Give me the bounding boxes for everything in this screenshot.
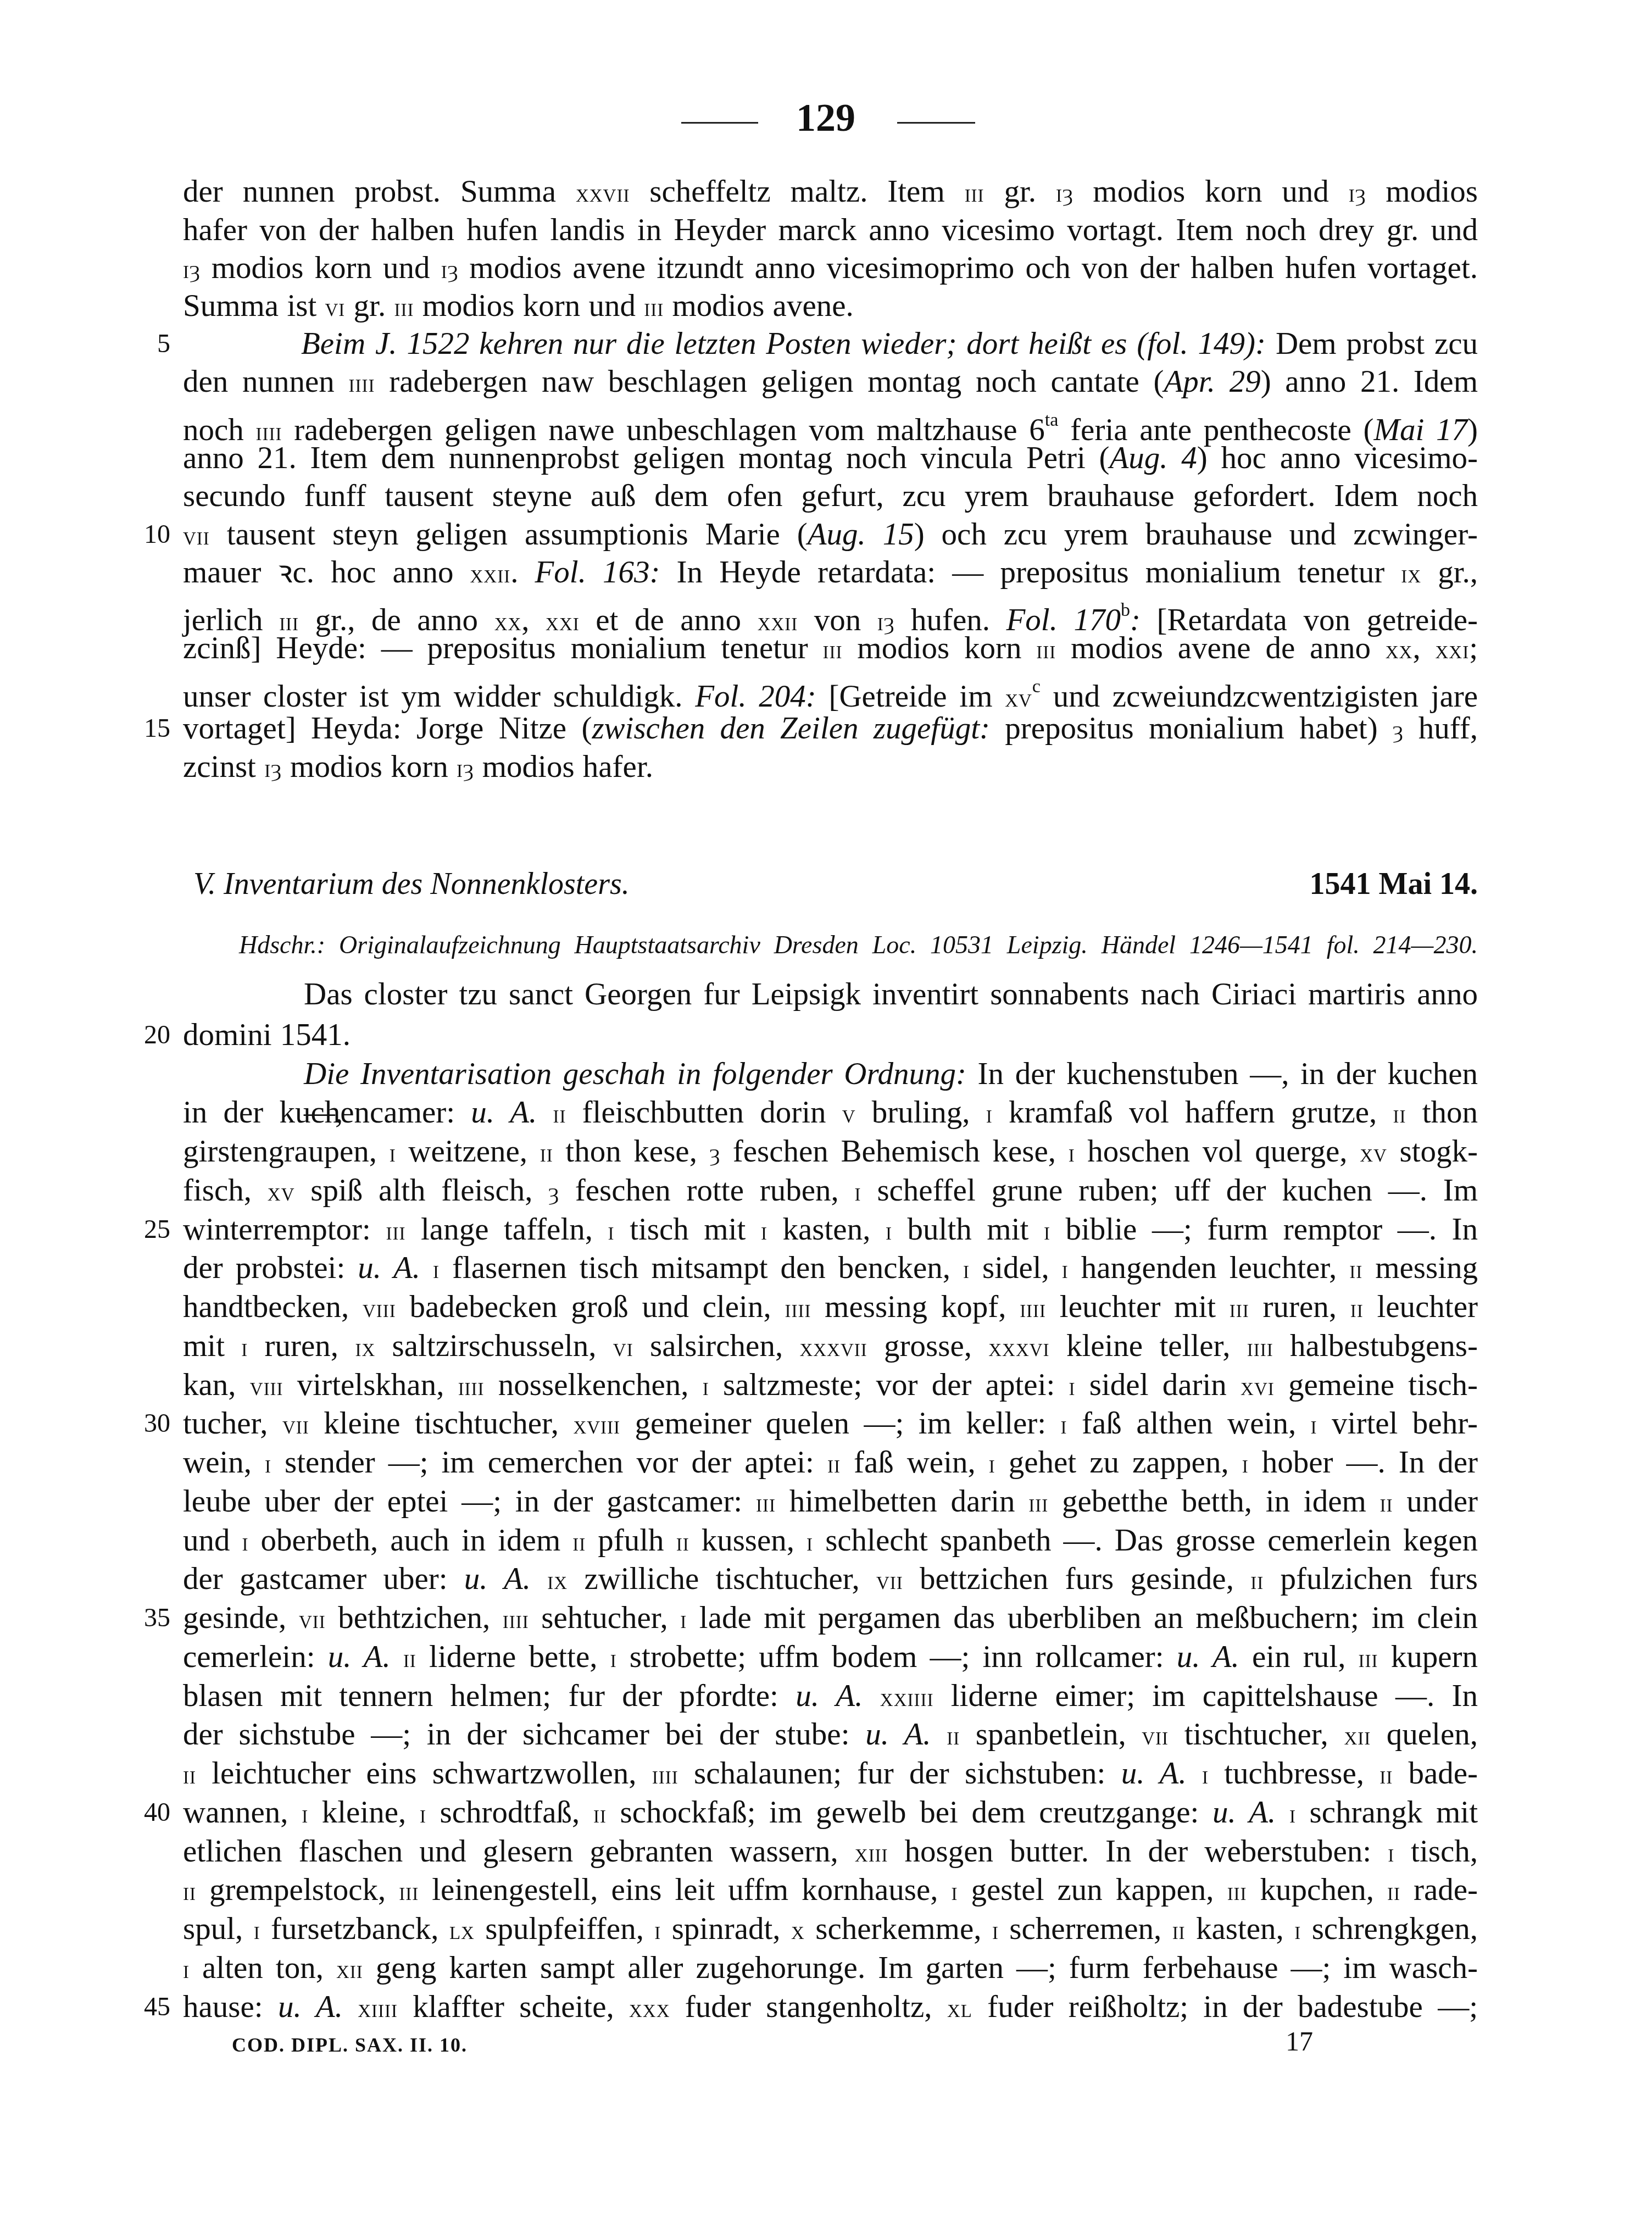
text-run: gestel zun kappen, — [958, 1872, 1227, 1907]
text-run: messing — [1362, 1251, 1478, 1285]
manuscript-source-note: Hdschr.: Originalaufzeichnung Hauptstaat… — [239, 929, 1478, 962]
roman-numeral: i — [963, 1255, 970, 1284]
roman-numeral: ii — [1250, 1566, 1264, 1595]
text-line: Beim J. 1522 kehren nur die letzten Post… — [301, 325, 1478, 363]
text-line: ii grempelstock, iii leinengestell, eins… — [183, 1871, 1478, 1909]
roman-numeral: i — [952, 1877, 958, 1906]
roman-numeral: xii — [1344, 1722, 1371, 1750]
text-run: hafer von der halben hufen landis in Hey… — [183, 213, 1478, 247]
text-line: ii leichtucher eins schwartzwollen, iiii… — [183, 1754, 1478, 1793]
text-run: sidel darin — [1076, 1368, 1241, 1402]
roman-numeral: i — [1242, 1450, 1249, 1479]
roman-numeral: iii — [394, 293, 414, 322]
text-run: halbestubgens- — [1273, 1329, 1478, 1363]
text-run: bethtzichen, — [326, 1601, 503, 1635]
roman-numeral: i — [1062, 1255, 1069, 1284]
roman-numeral: i — [1202, 1761, 1209, 1790]
roman-numeral: i — [1294, 1916, 1301, 1945]
footer-sheet-number: 17 — [1286, 2027, 1313, 2055]
text-run: blasen mit tennern helmen; fur der pford… — [183, 1679, 796, 1713]
text-run: virtelskhan, — [283, 1368, 458, 1402]
roman-numeral: ii — [1380, 1489, 1393, 1518]
roman-numeral: i — [986, 1100, 993, 1129]
text-run: kupern — [1378, 1640, 1478, 1674]
roman-numeral: vii — [876, 1566, 903, 1595]
text-run: schlecht spanbeth —. Das grosse cemerlei… — [813, 1523, 1478, 1558]
text-run: zwilliche tischtucher, — [568, 1561, 876, 1596]
roman-numeral: iii — [644, 293, 664, 322]
text-line: zcinst iȝ modios korn iȝ modios hafer. — [183, 748, 1478, 786]
italic-text: Fol. 163: — [535, 555, 660, 590]
roman-numeral: xxi — [1436, 636, 1470, 664]
text-run: oberbeth, auch in idem — [249, 1523, 573, 1558]
italic-text: u. A. — [358, 1251, 420, 1285]
roman-numeral: viii — [363, 1294, 396, 1323]
footer-signature: COD. DIPL. SAX. II. 10. — [232, 2033, 468, 2057]
roman-numeral: ii — [947, 1722, 960, 1750]
text-run: prepositus monialium habet) — [990, 711, 1393, 746]
superscript: b — [1121, 600, 1130, 620]
roman-numeral: xxxvii — [799, 1333, 867, 1362]
text-run: etlichen flaschen und glesern gebranten … — [183, 1834, 855, 1869]
text-run: alten ton, — [190, 1950, 336, 1985]
roman-numeral: xxiiii — [880, 1683, 934, 1712]
text-line: hause: u. A. xiiii klaffter scheite, xxx… — [183, 1988, 1478, 2026]
text-run: feschen Behemisch kese, — [720, 1134, 1068, 1169]
superscript: c — [1032, 676, 1041, 697]
roman-numeral: i — [420, 1800, 426, 1829]
text-run: modios avene. — [664, 288, 854, 323]
text-run — [391, 1640, 403, 1674]
roman-numeral: iiii — [503, 1605, 529, 1634]
text-run: thon kese, — [553, 1134, 710, 1169]
text-run: girstengraupen, — [183, 1134, 390, 1169]
line-number: 10 — [110, 515, 170, 554]
text-run: geng karten sampt aller zugehorunge. Im … — [363, 1950, 1478, 1985]
text-line: secundo funff tausent steyne auß dem ofe… — [183, 477, 1478, 515]
text-run: schockfaß; im gewelb bei dem creutzgange… — [607, 1795, 1212, 1830]
roman-numeral: iii — [399, 1877, 419, 1906]
roman-numeral: xvi — [1241, 1372, 1275, 1401]
text-line: mauer ꝛc. hoc anno xxii. Fol. 163: In He… — [183, 553, 1478, 592]
text-run — [1187, 1756, 1202, 1791]
roman-numeral: i — [183, 1955, 190, 1984]
roman-numeral: vii — [299, 1605, 326, 1634]
text-run: schrengkgen, — [1301, 1911, 1478, 1946]
italic-text: Aug. 4 — [1110, 441, 1197, 475]
text-run: spul, — [183, 1911, 254, 1946]
roman-numeral: viii — [250, 1372, 283, 1401]
italic-text: u. A. — [865, 1717, 931, 1752]
text-run: tisch, — [1394, 1834, 1478, 1869]
text-run: domini 1541. — [183, 1018, 351, 1052]
text-run: flasernen tisch mitsampt den bencken, — [440, 1251, 963, 1285]
text-run: winterremptor: — [183, 1212, 386, 1247]
text-run: stogk- — [1387, 1134, 1478, 1169]
roman-numeral: iȝ — [1349, 179, 1366, 208]
superscript: ta — [1045, 410, 1059, 430]
text-run: unser closter ist ym widder schuldigk. — [183, 679, 695, 714]
text-run: fuder reißholtz; in der badestube —; — [972, 1990, 1478, 2024]
roman-numeral: iiii — [1020, 1294, 1046, 1323]
text-run: leuchter mit — [1046, 1290, 1230, 1324]
roman-numeral: ii — [1350, 1294, 1364, 1323]
text-run — [343, 1990, 358, 2024]
roman-numeral: i — [855, 1178, 861, 1207]
text-run: leichtucher eins schwartzwollen, — [196, 1756, 652, 1791]
text-run: modios korn — [842, 631, 1036, 665]
text-line: vortaget] Heyda: Jorge Nitze (zwischen d… — [183, 709, 1478, 748]
text-run: faß wein, — [841, 1445, 989, 1480]
text-run: hangenden leuchter, — [1069, 1251, 1349, 1285]
text-run: radebergen naw beschlagen geligen montag… — [375, 364, 1164, 399]
text-run: schrodtfaß, — [426, 1795, 593, 1830]
text-run: hause: — [183, 1990, 278, 2024]
text-line: und i oberbeth, auch in idem ii pfulh ii… — [183, 1521, 1478, 1560]
text-run: der nunnen probst. Summa — [183, 174, 576, 209]
text-run: hoschen vol querge, — [1075, 1134, 1360, 1169]
roman-numeral: iiii — [652, 1761, 678, 1790]
text-run: rade- — [1400, 1872, 1478, 1907]
roman-numeral: xv — [1360, 1139, 1387, 1168]
text-line: wannen, i kleine, i schrodtfaß, ii schoc… — [183, 1793, 1478, 1832]
text-run: vortaget] Heyda: Jorge Nitze ( — [183, 711, 592, 746]
text-run: gehet zu zappen, — [995, 1445, 1242, 1480]
roman-numeral: i — [1044, 1217, 1050, 1246]
text-run: liderne eimer; im capittelshause —. In — [933, 1679, 1478, 1713]
text-run: kleine, — [308, 1795, 420, 1830]
roman-numeral: ii — [183, 1761, 196, 1790]
roman-numeral: iiii — [785, 1294, 811, 1323]
roman-numeral: ȝ — [710, 1139, 721, 1168]
text-line: den nunnen iiii radebergen naw beschlage… — [183, 363, 1478, 401]
text-line: tucher, vii kleine tischtucher, xviii ge… — [183, 1404, 1478, 1443]
roman-numeral: xx — [1386, 636, 1413, 664]
roman-numeral: iȝ — [264, 754, 282, 783]
text-line: blasen mit tennern helmen; fur der pford… — [183, 1677, 1478, 1715]
text-line: fisch, xv spiß alth fleisch, ȝ feschen r… — [183, 1171, 1478, 1210]
text-run: zcinß] Heyde: — prepositus monialium ten… — [183, 631, 823, 665]
roman-numeral: ii — [1380, 1761, 1393, 1790]
text-run: saltzirschusseln, — [375, 1329, 613, 1363]
text-run: ein rul, — [1239, 1640, 1359, 1674]
text-run: hosgen butter. In der weberstuben: — [888, 1834, 1388, 1869]
roman-numeral: xl — [947, 1994, 972, 2023]
roman-numeral: i — [390, 1139, 396, 1168]
roman-numeral: ii — [1172, 1916, 1186, 1945]
text-run: kupchen, — [1247, 1872, 1387, 1907]
roman-numeral: ii — [1349, 1255, 1362, 1284]
roman-numeral: vii — [183, 522, 210, 551]
text-line: girstengraupen, i weitzene, ii thon kese… — [183, 1132, 1478, 1171]
text-run: mauer ꝛc. hoc anno — [183, 555, 470, 590]
page-number-rule-left — [681, 122, 758, 124]
text-run: kan, — [183, 1368, 250, 1402]
roman-numeral: iiii — [1247, 1333, 1273, 1362]
text-run: ruren, — [1249, 1290, 1350, 1324]
text-line: cemerlein: u. A. ii liderne bette, i str… — [183, 1638, 1478, 1676]
roman-numeral: xii — [336, 1955, 363, 1984]
roman-numeral: iii — [1359, 1644, 1378, 1673]
text-run: der probstei: — [183, 1251, 358, 1285]
text-run: modios korn — [282, 749, 457, 784]
italic-text: u. A. — [796, 1679, 863, 1713]
page-number: 129 — [771, 98, 881, 137]
italic-text: zwischen den Zeilen zugefügt: — [592, 711, 990, 746]
italic-text: Fol. 204: — [695, 679, 816, 714]
text-run: modios avene itzundt anno vicesimoprimo … — [458, 251, 1478, 285]
text-run: nosselkenchen, — [485, 1368, 703, 1402]
text-run: modios hafer. — [474, 749, 653, 784]
text-run: liderne bette, — [416, 1640, 610, 1674]
roman-numeral: i — [265, 1450, 271, 1479]
text-line: Die Inventarisation geschah in folgender… — [304, 1055, 1478, 1093]
text-run: . — [510, 555, 535, 590]
text-run: weitzene, — [396, 1134, 540, 1169]
text-run: scherremen, — [999, 1911, 1172, 1946]
text-run: Das closter tzu sanct Georgen fur Leipsi… — [304, 977, 1478, 1012]
roman-numeral: ii — [593, 1800, 607, 1829]
text-run — [931, 1717, 947, 1752]
roman-numeral: i — [1061, 1411, 1067, 1440]
roman-numeral: i — [703, 1372, 709, 1401]
italic-text: Die Inventarisation geschah in folgender… — [304, 1057, 966, 1091]
text-run: tuchbresse, — [1209, 1756, 1380, 1791]
text-line: unser closter ist ym widder schuldigk. F… — [183, 668, 1478, 706]
text-run: und — [183, 1523, 242, 1558]
text-run: ) hoc anno vicesimo- — [1197, 441, 1478, 475]
roman-numeral: vii — [1142, 1722, 1169, 1750]
italic-text: u. A. — [278, 1990, 343, 2024]
roman-numeral: xxvii — [576, 179, 630, 208]
roman-numeral: ii — [1393, 1100, 1406, 1129]
text-run: fuder stangenholtz, — [670, 1990, 947, 2024]
text-line: in der kuchencamer: u. A. ii fleischbutt… — [183, 1093, 1478, 1132]
roman-numeral: ix — [355, 1333, 375, 1362]
page-number-rule-right — [897, 122, 975, 124]
roman-numeral: iii — [965, 179, 984, 208]
text-run: [Getreide im — [816, 679, 1005, 714]
text-run: kleine teller, — [1050, 1329, 1247, 1363]
text-line: der gastcamer uber: u. A. ix zwilliche t… — [183, 1560, 1478, 1598]
text-run: cemerlein: — [183, 1640, 328, 1674]
roman-numeral: iȝ — [183, 255, 201, 284]
text-line: winterremptor: iii lange taffeln, i tisc… — [183, 1210, 1478, 1249]
text-run: sidel, — [970, 1251, 1062, 1285]
text-run: bulth mit — [892, 1212, 1044, 1247]
italic-text: u. A. — [1177, 1640, 1239, 1674]
roman-numeral: iii — [386, 1217, 405, 1246]
line-number: 5 — [110, 325, 170, 363]
text-line: handtbecken, viii badebecken groß und cl… — [183, 1288, 1478, 1326]
text-run: leuchter — [1364, 1290, 1478, 1324]
text-run: modios korn und — [414, 288, 644, 323]
text-run: gr. — [984, 174, 1056, 209]
text-run: ; — [1469, 631, 1478, 665]
text-line: wein, i stender —; im cemerchen vor der … — [183, 1443, 1478, 1482]
text-run: feschen rotte ruben, — [559, 1173, 855, 1208]
roman-numeral: ii — [676, 1528, 689, 1557]
text-run: badebecken groß und clein, — [396, 1290, 785, 1324]
text-line: anno 21. Item dem nunnenprobst geligen m… — [183, 439, 1478, 477]
line-number: 20 — [110, 1016, 170, 1054]
roman-numeral: iii — [1230, 1294, 1249, 1323]
text-run: klaffter scheite, — [398, 1990, 629, 2024]
text-run: gebetthe betth, in idem — [1048, 1484, 1380, 1519]
text-run: leinengestell, eins leit uffm kornhause, — [419, 1872, 951, 1907]
text-line: Summa ist vi gr. iii modios korn und iii… — [183, 287, 1478, 325]
roman-numeral: i — [302, 1800, 308, 1829]
text-line: Das closter tzu sanct Georgen fur Leipsi… — [304, 975, 1478, 1014]
text-line: leube uber der eptei —; in der gastcamer… — [183, 1482, 1478, 1521]
roman-numeral: i — [680, 1605, 687, 1634]
roman-numeral: ii — [827, 1450, 841, 1479]
text-run: under — [1393, 1484, 1478, 1519]
text-line: iȝ modios korn und iȝ modios avene itzun… — [183, 249, 1478, 287]
text-run: kasten, — [767, 1212, 886, 1247]
text-run: kleine tischtucher, — [309, 1406, 574, 1441]
text-run: gemeiner quelen —; im keller: — [620, 1406, 1060, 1441]
text-run: schalaunen; fur der sichstuben: — [678, 1756, 1121, 1791]
roman-numeral: i — [608, 1217, 615, 1246]
roman-numeral: ii — [183, 1877, 196, 1906]
roman-numeral: iȝ — [457, 754, 474, 783]
text-run: spiß alth fleisch, — [295, 1173, 549, 1208]
roman-numeral: iii — [756, 1489, 776, 1518]
text-run: modios korn und — [1073, 174, 1348, 209]
text-run — [1276, 1795, 1289, 1830]
text-run: stender —; im cemerchen vor der aptei: — [271, 1445, 827, 1480]
roman-numeral: ȝ — [548, 1178, 559, 1207]
text-line: kan, viii virtelskhan, iiii nosselkenche… — [183, 1366, 1478, 1404]
roman-numeral: vi — [613, 1333, 633, 1362]
italic-text: Beim J. 1522 kehren nur die letzten Post… — [301, 326, 1266, 361]
roman-numeral: i — [433, 1255, 440, 1284]
roman-numeral: i — [254, 1916, 260, 1945]
line-number: 45 — [110, 1988, 170, 2026]
text-run — [537, 1095, 553, 1130]
text-line: jerlich iii gr., de anno xx, xxi et de a… — [183, 591, 1478, 630]
text-run: huff, — [1404, 711, 1478, 746]
text-run: ) anno 21. Idem — [1261, 364, 1478, 399]
text-run: In Heyde retardata: — prepositus moniali… — [660, 555, 1401, 590]
roman-numeral: i — [1388, 1839, 1394, 1868]
text-run: zcinst — [183, 749, 264, 784]
roman-numeral: iii — [1227, 1877, 1247, 1906]
text-run: tischtucher, — [1169, 1717, 1344, 1752]
roman-numeral: i — [242, 1528, 249, 1557]
roman-numeral: ix — [547, 1566, 568, 1595]
italic-text: u. A. — [471, 1095, 537, 1130]
text-line: spul, i fursetzbanck, lx spulpfeiffen, i… — [183, 1910, 1478, 1948]
roman-numeral: i — [1289, 1800, 1296, 1829]
text-run: bade- — [1393, 1756, 1478, 1791]
text-run: fisch, — [183, 1173, 268, 1208]
text-run: grempelstock, — [196, 1872, 399, 1907]
text-line: zcinß] Heyde: — prepositus monialium ten… — [183, 629, 1478, 668]
text-run: saltzmeste; vor der aptei: — [709, 1368, 1069, 1402]
text-run: spinradt, — [661, 1911, 791, 1946]
italic-text: u. A. — [464, 1561, 531, 1596]
text-line: der probstei: u. A. i flasernen tisch mi… — [183, 1249, 1478, 1287]
roman-numeral: ix — [1401, 560, 1421, 588]
italic-text: Aug. 15 — [808, 517, 914, 552]
roman-numeral: v — [842, 1100, 856, 1129]
text-line: i alten ton, xii geng karten sampt aller… — [183, 1949, 1478, 1987]
text-line: noch iiii radebergen geligen nawe unbesc… — [183, 401, 1478, 440]
text-run: gesinde, — [183, 1601, 299, 1635]
text-run: handtbecken, — [183, 1290, 363, 1324]
roman-numeral: lx — [449, 1916, 475, 1945]
text-run — [531, 1561, 547, 1596]
text-run — [420, 1251, 433, 1285]
text-run: fursetzbanck, — [260, 1911, 449, 1946]
roman-numeral: ii — [403, 1644, 416, 1673]
text-line: gesinde, vii bethtzichen, iiii sehtucher… — [183, 1599, 1478, 1637]
text-run: Summa ist — [183, 288, 325, 323]
text-run: anno 21. Item dem nunnenprobst geligen m… — [183, 441, 1110, 475]
text-line: etlichen flaschen und glesern gebranten … — [183, 1832, 1478, 1871]
roman-numeral: iii — [823, 636, 843, 664]
text-line: der nunnen probst. Summa xxvii scheffelt… — [183, 173, 1478, 211]
text-run: kasten, — [1186, 1911, 1295, 1946]
text-run: schrangk mit — [1296, 1795, 1478, 1830]
text-run: quelen, — [1371, 1717, 1478, 1752]
roman-numeral: vii — [282, 1411, 309, 1440]
roman-numeral: xxxvi — [988, 1333, 1049, 1362]
text-run: ) och zcu yrem brauhause und zcwinger- — [914, 517, 1478, 552]
text-run: der gastcamer uber: — [183, 1561, 464, 1596]
roman-numeral: vi — [325, 293, 346, 322]
roman-numeral: i — [989, 1450, 995, 1479]
text-run: tucher, — [183, 1406, 282, 1441]
text-run: Dem probst zcu — [1266, 326, 1478, 361]
text-run: gr., — [1421, 555, 1478, 590]
text-run: ruren, — [248, 1329, 355, 1363]
text-run: spanbetlein, — [960, 1717, 1142, 1752]
roman-numeral: i — [761, 1217, 767, 1246]
text-run: biblie —; furm remptor —. In — [1050, 1212, 1478, 1247]
italic-text: Apr. 29 — [1164, 364, 1261, 399]
text-run: fleischbutten dorin — [566, 1095, 842, 1130]
roman-numeral: xiii — [855, 1839, 888, 1868]
roman-numeral: i — [806, 1528, 813, 1557]
text-run: gemeine tisch- — [1275, 1368, 1478, 1402]
text-run: thon — [1406, 1095, 1478, 1130]
roman-numeral: xxii — [470, 560, 510, 588]
text-run: lade mit pergamen das uberbliben an meßb… — [687, 1601, 1478, 1635]
text-run — [863, 1679, 880, 1713]
roman-numeral: x — [791, 1916, 805, 1945]
text-run: kussen, — [689, 1523, 806, 1558]
roman-numeral: iiii — [458, 1372, 485, 1401]
text-run: tausent steyn geligen assumptionis Marie… — [210, 517, 808, 552]
text-run: scheffeltz maltz. Item — [630, 174, 964, 209]
text-run: modios avene de anno — [1056, 631, 1385, 665]
text-run: hober —. In der — [1249, 1445, 1478, 1480]
text-run: wein, — [183, 1445, 265, 1480]
roman-numeral: xiiii — [358, 1994, 398, 2023]
text-line: der sichstube —; in der sichcamer bei de… — [183, 1715, 1478, 1754]
roman-numeral: ii — [540, 1139, 553, 1168]
roman-numeral: xviii — [573, 1411, 620, 1440]
roman-numeral: ii — [1387, 1877, 1400, 1906]
roman-numeral: iii — [1036, 636, 1056, 664]
roman-numeral: xxx — [629, 1994, 670, 2023]
text-line: domini 1541. — [183, 1016, 1478, 1054]
text-run: bettzichen furs gesinde, — [903, 1561, 1250, 1596]
roman-numeral: i — [992, 1916, 999, 1945]
